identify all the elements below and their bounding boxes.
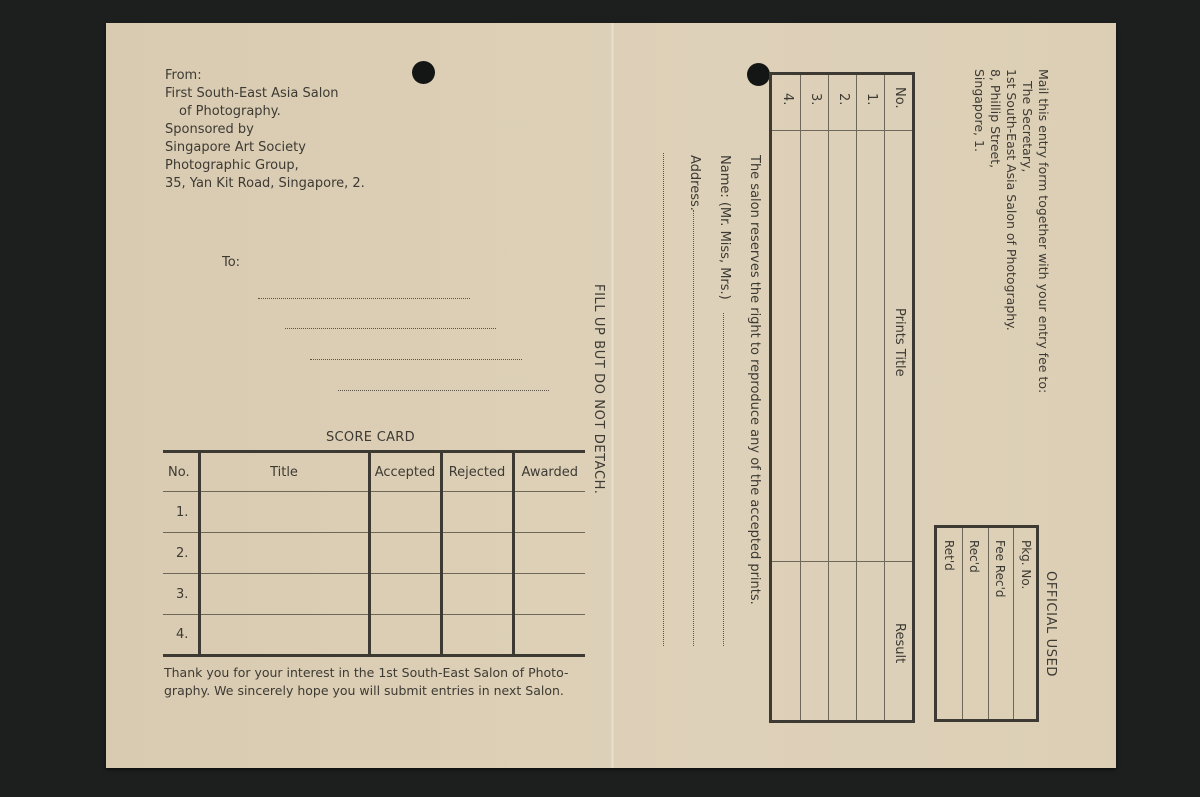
header-divider xyxy=(772,130,912,131)
entry-form-card: From: First South-East Asia Salon of Pho… xyxy=(106,23,1116,768)
to-address-line-4[interactable] xyxy=(338,390,549,391)
name-field-line[interactable] xyxy=(723,313,724,646)
column-divider xyxy=(800,75,801,720)
mail-line: 1st South-East Asia Salon of Photography… xyxy=(1003,69,1019,393)
prints-col-header-no: No. xyxy=(892,87,907,109)
table-row: 3. xyxy=(163,574,585,615)
from-line: First South-East Asia Salon xyxy=(165,85,365,103)
to-address-line-3[interactable] xyxy=(310,359,522,360)
to-address-line-1[interactable] xyxy=(258,298,470,299)
mail-line: The Secretary, xyxy=(1019,69,1035,393)
official-used-box: Pkg. No. Fee Rec'd Rec'd Ret'd xyxy=(934,525,1039,722)
rejected-cell[interactable] xyxy=(441,492,513,533)
from-address-block: From: First South-East Asia Salon of Pho… xyxy=(165,67,365,193)
accepted-cell[interactable] xyxy=(369,533,441,574)
prints-col-header-result: Result xyxy=(892,623,907,663)
address-field-line-1[interactable] xyxy=(693,210,694,646)
rejected-cell[interactable] xyxy=(441,615,513,656)
column-divider xyxy=(884,75,885,720)
col-header-rejected: Rejected xyxy=(441,452,513,492)
score-card-table: No. Title Accepted Rejected Awarded 1. 2… xyxy=(163,450,585,657)
mail-line: Singapore, 1. xyxy=(971,69,987,393)
score-card-header-row: No. Title Accepted Rejected Awarded xyxy=(163,452,585,492)
prints-row-number: 1. xyxy=(864,93,879,105)
row-number: 3. xyxy=(163,574,199,615)
punch-hole xyxy=(412,61,435,84)
score-card-title: SCORE CARD xyxy=(326,429,415,447)
column-divider xyxy=(1013,528,1014,719)
from-line: 35, Yan Kit Road, Singapore, 2. xyxy=(165,175,365,193)
name-label: Name: (Mr. Miss, Mrs.) xyxy=(717,155,732,300)
from-line: Photographic Group, xyxy=(165,157,365,175)
row-number: 1. xyxy=(163,492,199,533)
column-divider xyxy=(962,528,963,719)
result-divider xyxy=(772,561,912,562)
column-divider xyxy=(856,75,857,720)
official-field-fee-recd: Fee Rec'd xyxy=(993,540,1007,598)
row-number: 2. xyxy=(163,533,199,574)
title-cell[interactable] xyxy=(199,615,369,656)
from-line: Singapore Art Society xyxy=(165,139,365,157)
reproduction-rights-note: The salon reserves the right to reproduc… xyxy=(747,155,762,605)
table-row: 4. xyxy=(163,615,585,656)
mail-to-block: Mail this entry form together with your … xyxy=(971,69,1051,393)
mail-line: 8, Phillip Street, xyxy=(987,69,1003,393)
table-row: 1. xyxy=(163,492,585,533)
accepted-cell[interactable] xyxy=(369,615,441,656)
fold-crease xyxy=(611,23,615,768)
prints-col-header-title: Prints Title xyxy=(892,308,907,377)
address-field-line-2[interactable] xyxy=(663,153,664,646)
title-cell[interactable] xyxy=(199,492,369,533)
official-used-title: OFFICIAL USED xyxy=(1043,571,1058,677)
address-label: Address. xyxy=(687,155,702,211)
title-cell[interactable] xyxy=(199,574,369,615)
from-line: Sponsored by xyxy=(165,121,365,139)
awarded-cell[interactable] xyxy=(513,574,585,615)
prints-row-number: 3. xyxy=(808,93,823,105)
title-cell[interactable] xyxy=(199,533,369,574)
to-label: To: xyxy=(222,254,240,272)
col-header-awarded: Awarded xyxy=(513,452,585,492)
col-header-title: Title xyxy=(199,452,369,492)
rejected-cell[interactable] xyxy=(441,533,513,574)
prints-entry-table: No. 1. 2. 3. 4. Prints Title Result xyxy=(769,72,915,723)
from-label: From: xyxy=(165,67,365,85)
table-row: 2. xyxy=(163,533,585,574)
row-number: 4. xyxy=(163,615,199,656)
to-address-line-2[interactable] xyxy=(285,328,496,329)
official-field-recd: Rec'd xyxy=(967,540,981,573)
official-field-retd: Ret'd xyxy=(942,540,956,571)
col-header-accepted: Accepted xyxy=(369,452,441,492)
accepted-cell[interactable] xyxy=(369,574,441,615)
mail-intro: Mail this entry form together with your … xyxy=(1035,69,1051,393)
prints-row-number: 2. xyxy=(836,93,851,105)
fill-up-do-not-detach-note: FILL UP BUT DO NOT DETACH. xyxy=(591,284,606,495)
column-divider xyxy=(988,528,989,719)
prints-row-number: 4. xyxy=(780,93,795,105)
awarded-cell[interactable] xyxy=(513,533,585,574)
thank-you-note: Thank you for your interest in the 1st S… xyxy=(164,664,594,700)
punch-hole xyxy=(747,63,770,86)
col-header-no: No. xyxy=(163,452,199,492)
column-divider xyxy=(828,75,829,720)
from-line: of Photography. xyxy=(165,103,365,121)
rejected-cell[interactable] xyxy=(441,574,513,615)
accepted-cell[interactable] xyxy=(369,492,441,533)
awarded-cell[interactable] xyxy=(513,615,585,656)
awarded-cell[interactable] xyxy=(513,492,585,533)
official-field-pkg-no: Pkg. No. xyxy=(1019,540,1033,589)
